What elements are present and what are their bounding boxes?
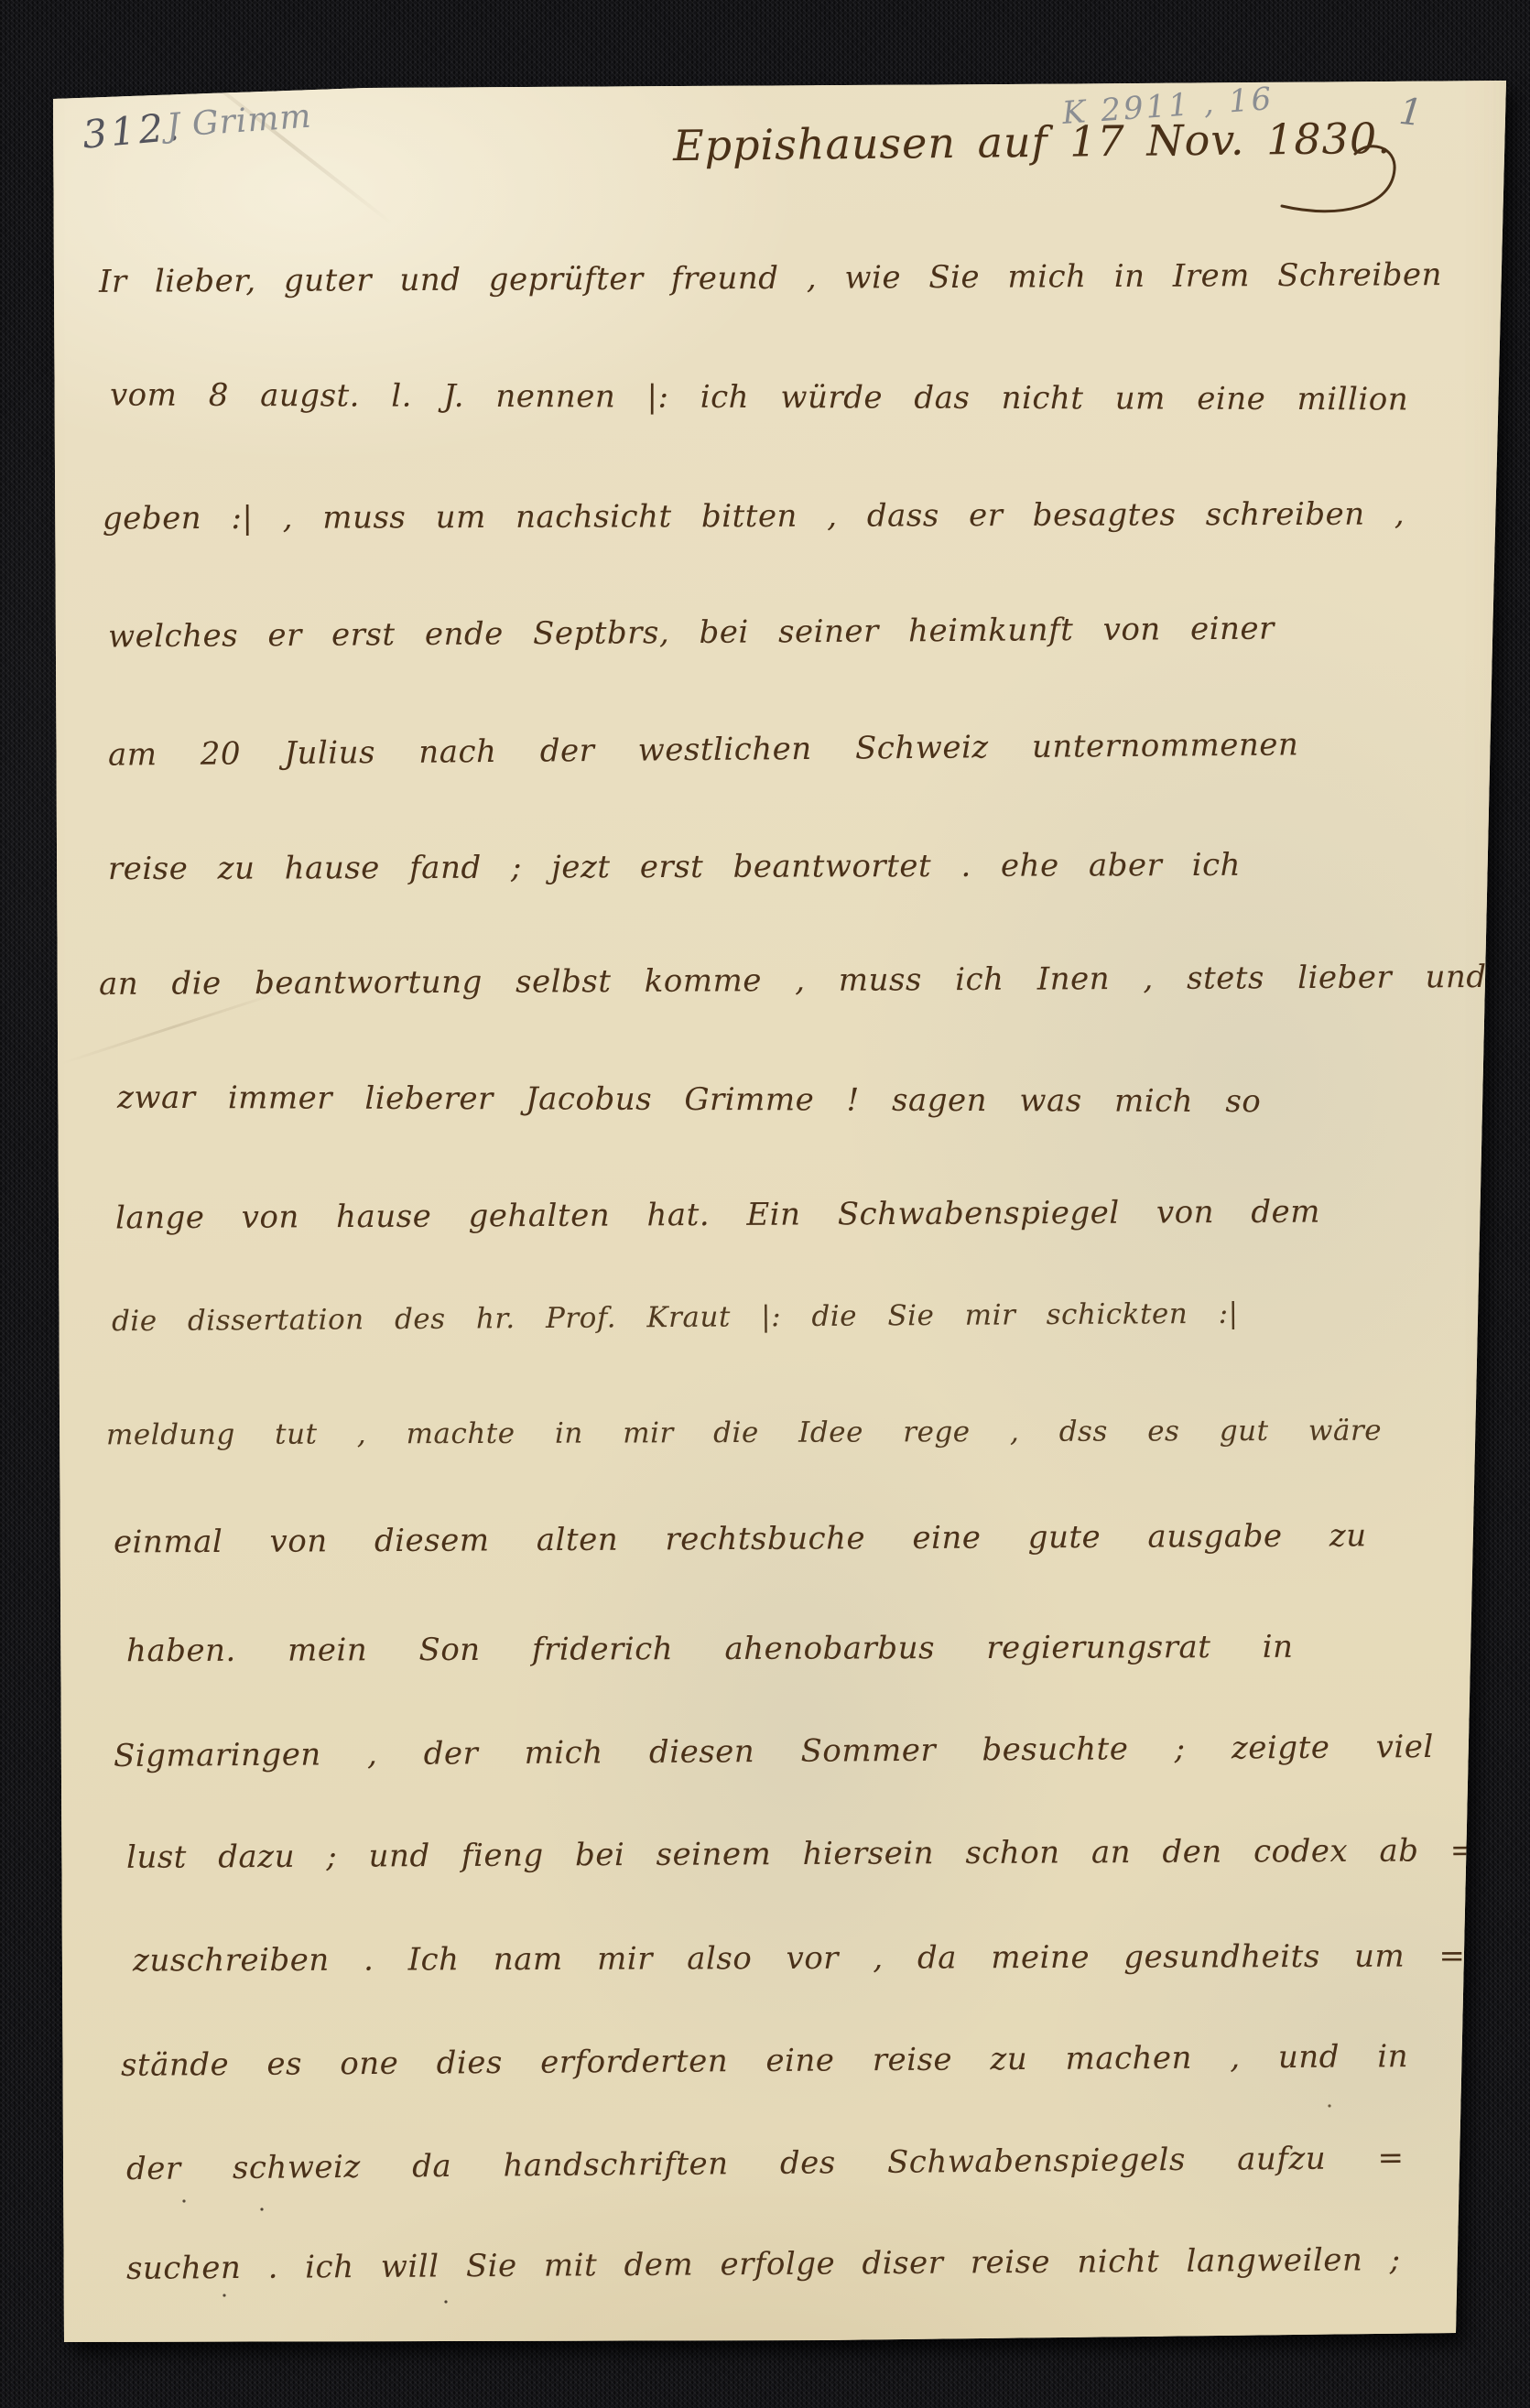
paper-shadow-wrap: 312. J Grimm K 2911 , 16 1 Eppishausen a… — [0, 0, 1530, 2408]
scanned-letter-page: 312. J Grimm K 2911 , 16 1 Eppishausen a… — [0, 0, 1530, 2408]
manuscript-line: lange von hause gehalten hat. Ein Schwab… — [115, 1195, 1320, 1237]
manuscript-line: der schweiz da handschriften des Schwabe… — [126, 2141, 1405, 2187]
manuscript-line: lust dazu ; und fieng bei seinem hiersei… — [126, 1833, 1477, 1876]
manuscript-line: stände es one dies erforderten eine reis… — [121, 2039, 1408, 2084]
manuscript-line: geben :| , muss um nachsicht bitten , da… — [103, 497, 1405, 537]
manuscript-line: zuschreiben . Ich nam mir also vor , da … — [133, 1938, 1466, 1979]
manuscript-line: haben. mein Son friderich ahenobarbus re… — [126, 1630, 1294, 1670]
manuscript-line: einmal von diesem alten rechtsbuche eine… — [114, 1518, 1367, 1560]
manuscript-line: meldung tut , machte in mir die Idee reg… — [106, 1416, 1382, 1453]
manuscript-line: vom 8 augst. l. J. nennen |: ich würde d… — [110, 378, 1408, 418]
manuscript-line: reise zu hause fand ; jezt erst beantwor… — [108, 848, 1241, 887]
manuscript-line: welches er erst ende Septbrs, bei seiner… — [108, 612, 1275, 656]
dateline-flourish-stroke — [1277, 119, 1405, 220]
manuscript-paper: 312. J Grimm K 2911 , 16 1 Eppishausen a… — [0, 0, 1530, 2408]
manuscript-line: am 20 Julius nach der westlichen Schweiz… — [108, 727, 1299, 773]
author-pencil-mark: J Grimm — [166, 98, 313, 146]
manuscript-line: Sigmaringen , der mich diesen Sommer bes… — [114, 1730, 1434, 1774]
manuscript-line: zwar immer lieberer Jacobus Grimme ! sag… — [117, 1080, 1261, 1120]
manuscript-line: Ir lieber, guter und geprüfter freund , … — [99, 257, 1442, 300]
manuscript-line: an die beantwortung selbst komme , muss … — [99, 960, 1487, 1003]
manuscript-line: die dissertation des hr. Prof. Kraut |: … — [112, 1298, 1239, 1339]
manuscript-line: suchen . ich will Sie mit dem erfolge di… — [126, 2242, 1401, 2287]
